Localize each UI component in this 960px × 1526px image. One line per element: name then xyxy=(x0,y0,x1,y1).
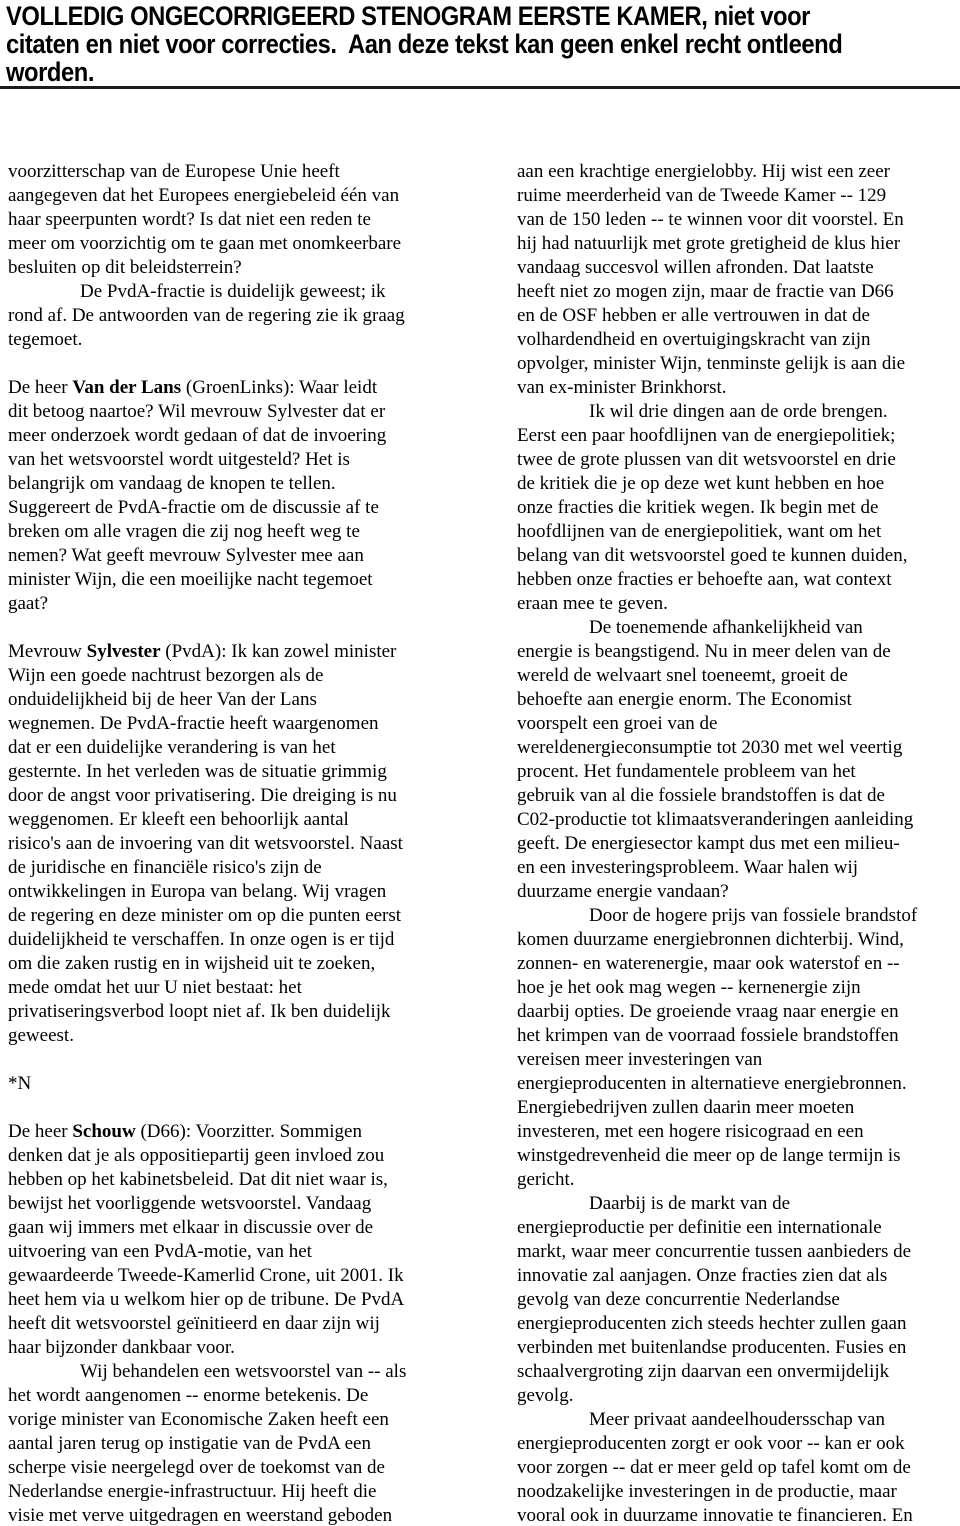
paragraph: Meer privaat aandeelhoudersschap vanener… xyxy=(517,1408,960,1526)
text-line: duurzame energie vandaan? xyxy=(517,880,960,904)
text-line: noodzakelijke investeringen in de produc… xyxy=(517,1480,960,1504)
two-column-text: voorzitterschap van de Europese Unie hee… xyxy=(0,160,960,1526)
header-line: VOLLEDIG ONGECORRIGEERD STENOGRAM EERSTE… xyxy=(6,2,846,30)
text-line: Energiebedrijven zullen daarin meer moet… xyxy=(517,1096,960,1120)
text-line: Mevrouw Sylvester (PvdA): Ik kan zowel m… xyxy=(8,640,510,664)
text-line: De heer Schouw (D66): Voorzitter. Sommig… xyxy=(8,1120,510,1144)
paragraph: Door de hogere prijs van fossiele brands… xyxy=(517,904,960,1192)
text-line: van het wetsvoorstel wordt uitgesteld? H… xyxy=(8,448,510,472)
text-line: van ex-minister Brinkhorst. xyxy=(517,376,960,400)
text-line: wereld de welvaart snel toeneemt, groeit… xyxy=(517,664,960,688)
paragraph: De heer Schouw (D66): Voorzitter. Sommig… xyxy=(8,1120,510,1360)
text-line: De toenemende afhankelijkheid van xyxy=(517,616,960,640)
header-divider xyxy=(0,86,960,89)
text-line: breken om alle vragen die zij nog heeft … xyxy=(8,520,510,544)
text-line: wereldenergieconsumptie tot 2030 met wel… xyxy=(517,736,960,760)
paragraph: Ik wil drie dingen aan de orde brengen.E… xyxy=(517,400,960,616)
text-line: risico's aan de invoering van dit wetsvo… xyxy=(8,832,510,856)
text-line: uitvoering van een PvdA-motie, van het xyxy=(8,1240,510,1264)
text-line: aantal jaren terug op instigatie van de … xyxy=(8,1432,510,1456)
text-line: gesternte. In het verleden was de situat… xyxy=(8,760,510,784)
text-line: gaan wij immers met elkaar in discussie … xyxy=(8,1216,510,1240)
text-line: belang van dit wetsvoorstel goed te kunn… xyxy=(517,544,960,568)
text-line: winstgedrevenheid die meer op de lange t… xyxy=(517,1144,960,1168)
text-line: de kritiek die je op deze wet kunt hebbe… xyxy=(517,472,960,496)
text-line: daarbij opties. De groeiende vraag naar … xyxy=(517,1000,960,1024)
text-line: aangegeven dat het Europees energiebelei… xyxy=(8,184,510,208)
text-line: haar speerpunten wordt? Is dat niet een … xyxy=(8,208,510,232)
speaker-name: Van der Lans xyxy=(72,377,181,398)
text-line: Ik wil drie dingen aan de orde brengen. xyxy=(517,400,960,424)
paragraph: aan een krachtige energielobby. Hij wist… xyxy=(517,160,960,400)
paragraph: Wij behandelen een wetsvoorstel van -- a… xyxy=(8,1360,510,1526)
text-line: procent. Het fundamentele probleem van h… xyxy=(517,760,960,784)
text-line: twee de grote plussen van dit wetsvoorst… xyxy=(517,448,960,472)
text-line: onduidelijkheid bij de heer Van der Lans xyxy=(8,688,510,712)
text-line: haar bijzonder dankbaar voor. xyxy=(8,1336,510,1360)
text-line: hebben op het kabinetsbeleid. Dat dit ni… xyxy=(8,1168,510,1192)
text-line: nemen? Wat geeft mevrouw Sylvester mee a… xyxy=(8,544,510,568)
text-line: tegemoet. xyxy=(8,328,510,352)
text-line: visie met verve uitgedragen en weerstand… xyxy=(8,1504,510,1526)
text-line: van de 150 leden -- te winnen voor dit v… xyxy=(517,208,960,232)
text-line: scherpe visie neergelegd over de toekoms… xyxy=(8,1456,510,1480)
text-line: energieproducenten zorgt er ook voor -- … xyxy=(517,1432,960,1456)
paragraph: De PvdA-fractie is duidelijk geweest; ik… xyxy=(8,280,510,352)
text-line: gevolg van deze concurrentie Nederlandse xyxy=(517,1288,960,1312)
text-line: *N xyxy=(8,1072,510,1096)
text-line: energieproducenten zich steeds hechter z… xyxy=(517,1312,960,1336)
text-line: geweest. xyxy=(8,1024,510,1048)
text-line: volhardendheid en overtuigingskracht van… xyxy=(517,328,960,352)
paragraph: De heer Van der Lans (GroenLinks): Waar … xyxy=(8,376,510,616)
text-line: de juridische en financiële risico's zij… xyxy=(8,856,510,880)
text-line: gewaardeerde Tweede-Kamerlid Crone, uit … xyxy=(8,1264,510,1288)
text-line: investeren, met een hogere risicograad e… xyxy=(517,1120,960,1144)
text-line: verbinden met buitenlandse producenten. … xyxy=(517,1336,960,1360)
text-line: duidelijkheid te verschaffen. In onze og… xyxy=(8,928,510,952)
text-line: dit betoog naartoe? Wil mevrouw Sylveste… xyxy=(8,400,510,424)
text-line: Door de hogere prijs van fossiele brands… xyxy=(517,904,960,928)
paragraph: De toenemende afhankelijkheid vanenergie… xyxy=(517,616,960,904)
text-line: voorzitterschap van de Europese Unie hee… xyxy=(8,160,510,184)
text-line: eraan mee te geven. xyxy=(517,592,960,616)
speaker-name: Sylvester xyxy=(87,641,161,662)
text-line: ruime meerderheid van de Tweede Kamer --… xyxy=(517,184,960,208)
text-line: gaat? xyxy=(8,592,510,616)
speaker-name: Schouw xyxy=(72,1121,135,1142)
text-line: besluiten op dit beleidsterrein? xyxy=(8,256,510,280)
text-line: hoe je het ook mag wegen -- kernenergie … xyxy=(517,976,960,1000)
text-line: Daarbij is de markt van de xyxy=(517,1192,960,1216)
text-line: schaalvergroting zijn daarvan een onverm… xyxy=(517,1360,960,1384)
text-line: De PvdA-fractie is duidelijk geweest; ik xyxy=(8,280,510,304)
header-line: worden. xyxy=(6,58,846,86)
text-line: rond af. De antwoorden van de regering z… xyxy=(8,304,510,328)
text-line: Meer privaat aandeelhoudersschap van xyxy=(517,1408,960,1432)
text-line: minister Wijn, die een moeilijke nacht t… xyxy=(8,568,510,592)
text-line: Nederlandse energie-infrastructuur. Hij … xyxy=(8,1480,510,1504)
text-line: gevolg. xyxy=(517,1384,960,1408)
text-line: C02-productie tot klimaatsveranderingen … xyxy=(517,808,960,832)
text-line: behoefte aan energie enorm. The Economis… xyxy=(517,688,960,712)
text-line: hoofdlijnen van de energiepolitiek, want… xyxy=(517,520,960,544)
header-line: citaten en niet voor correcties. Aan dez… xyxy=(6,30,846,58)
text-line: en een investeringsprobleem. Waar halen … xyxy=(517,856,960,880)
text-line: energie is beangstigend. Nu in meer dele… xyxy=(517,640,960,664)
text-line: denken dat je als oppositiepartij geen i… xyxy=(8,1144,510,1168)
text-line: het krimpen van de voorraad fossiele bra… xyxy=(517,1024,960,1048)
text-line: meer om voorzichtig om te gaan met onomk… xyxy=(8,232,510,256)
text-line: het wordt aangenomen -- enorme betekenis… xyxy=(8,1384,510,1408)
paragraph: *N xyxy=(8,1072,510,1096)
text-line: en de OSF hebben er alle vertrouwen in d… xyxy=(517,304,960,328)
text-line: de regering en deze minister om op die p… xyxy=(8,904,510,928)
text-line: energieproducenten in alternatieve energ… xyxy=(517,1072,960,1096)
text-line: voor zorgen -- dat er meer geld op tafel… xyxy=(517,1456,960,1480)
paragraph: voorzitterschap van de Europese Unie hee… xyxy=(8,160,510,280)
text-line: heet hem via u welkom hier op de tribune… xyxy=(8,1288,510,1312)
text-line: markt, waar meer concurrentie tussen aan… xyxy=(517,1240,960,1264)
text-line: vooral ook in duurzame innovatie te fina… xyxy=(517,1504,960,1526)
text-line: onze fracties die kritiek wegen. Ik begi… xyxy=(517,496,960,520)
text-line: vorige minister van Economische Zaken he… xyxy=(8,1408,510,1432)
left-column: voorzitterschap van de Europese Unie hee… xyxy=(8,160,510,1526)
text-line: heeft niet zo mogen zijn, maar de fracti… xyxy=(517,280,960,304)
text-line: mede omdat het uur U niet bestaat: het xyxy=(8,976,510,1000)
header-disclaimer: VOLLEDIG ONGECORRIGEERD STENOGRAM EERSTE… xyxy=(6,2,960,86)
text-line: gebruik van al die fossiele brandstoffen… xyxy=(517,784,960,808)
text-line: aan een krachtige energielobby. Hij wist… xyxy=(517,160,960,184)
text-line: innovatie zal aanjagen. Onze fracties zi… xyxy=(517,1264,960,1288)
text-line: De heer Van der Lans (GroenLinks): Waar … xyxy=(8,376,510,400)
stenogram-page: VOLLEDIG ONGECORRIGEERD STENOGRAM EERSTE… xyxy=(0,0,960,1526)
paragraph: Daarbij is de markt van deenergieproduct… xyxy=(517,1192,960,1408)
text-line: ontwikkelingen in Europa van belang. Wij… xyxy=(8,880,510,904)
text-line: belangrijk om vandaag de knopen te telle… xyxy=(8,472,510,496)
paragraph: Mevrouw Sylvester (PvdA): Ik kan zowel m… xyxy=(8,640,510,1048)
text-line: bewijst het voorliggende wetsvoorstel. V… xyxy=(8,1192,510,1216)
text-line: weggenomen. Er kleeft een behoorlijk aan… xyxy=(8,808,510,832)
text-line: vereisen meer investeringen van xyxy=(517,1048,960,1072)
text-line: vandaag succesvol willen afronden. Dat l… xyxy=(517,256,960,280)
text-line: Wijn een goede nachtrust bezorgen als de xyxy=(8,664,510,688)
text-line: Eerst een paar hoofdlijnen van de energi… xyxy=(517,424,960,448)
text-line: dat er een duidelijke verandering is van… xyxy=(8,736,510,760)
right-column: aan een krachtige energielobby. Hij wist… xyxy=(517,160,960,1526)
text-line: meer onderzoek wordt gedaan of dat de in… xyxy=(8,424,510,448)
text-line: voorspelt een groei van de xyxy=(517,712,960,736)
text-line: opvolger, minister Wijn, tenminste gelij… xyxy=(517,352,960,376)
text-line: door de angst voor privatisering. Die dr… xyxy=(8,784,510,808)
text-line: zonnen- en waterenergie, maar ook waters… xyxy=(517,952,960,976)
text-line: hebben onze fracties er behoefte aan, wa… xyxy=(517,568,960,592)
text-line: geeft. De energiesector kampt dus met ee… xyxy=(517,832,960,856)
text-line: wegnemen. De PvdA-fractie heeft waargeno… xyxy=(8,712,510,736)
text-line: hij had natuurlijk met grote gretigheid … xyxy=(517,232,960,256)
text-line: gericht. xyxy=(517,1168,960,1192)
text-line: komen duurzame energiebronnen dichterbij… xyxy=(517,928,960,952)
text-line: heeft dit wetsvoorstel geïnitieerd en da… xyxy=(8,1312,510,1336)
text-line: om die zaken rustig en in wijsheid uit t… xyxy=(8,952,510,976)
text-line: energieproductie per definitie een inter… xyxy=(517,1216,960,1240)
text-line: privatiseringsverbod loopt niet af. Ik b… xyxy=(8,1000,510,1024)
text-line: Suggereert de PvdA-fractie om de discuss… xyxy=(8,496,510,520)
text-line: Wij behandelen een wetsvoorstel van -- a… xyxy=(8,1360,510,1384)
